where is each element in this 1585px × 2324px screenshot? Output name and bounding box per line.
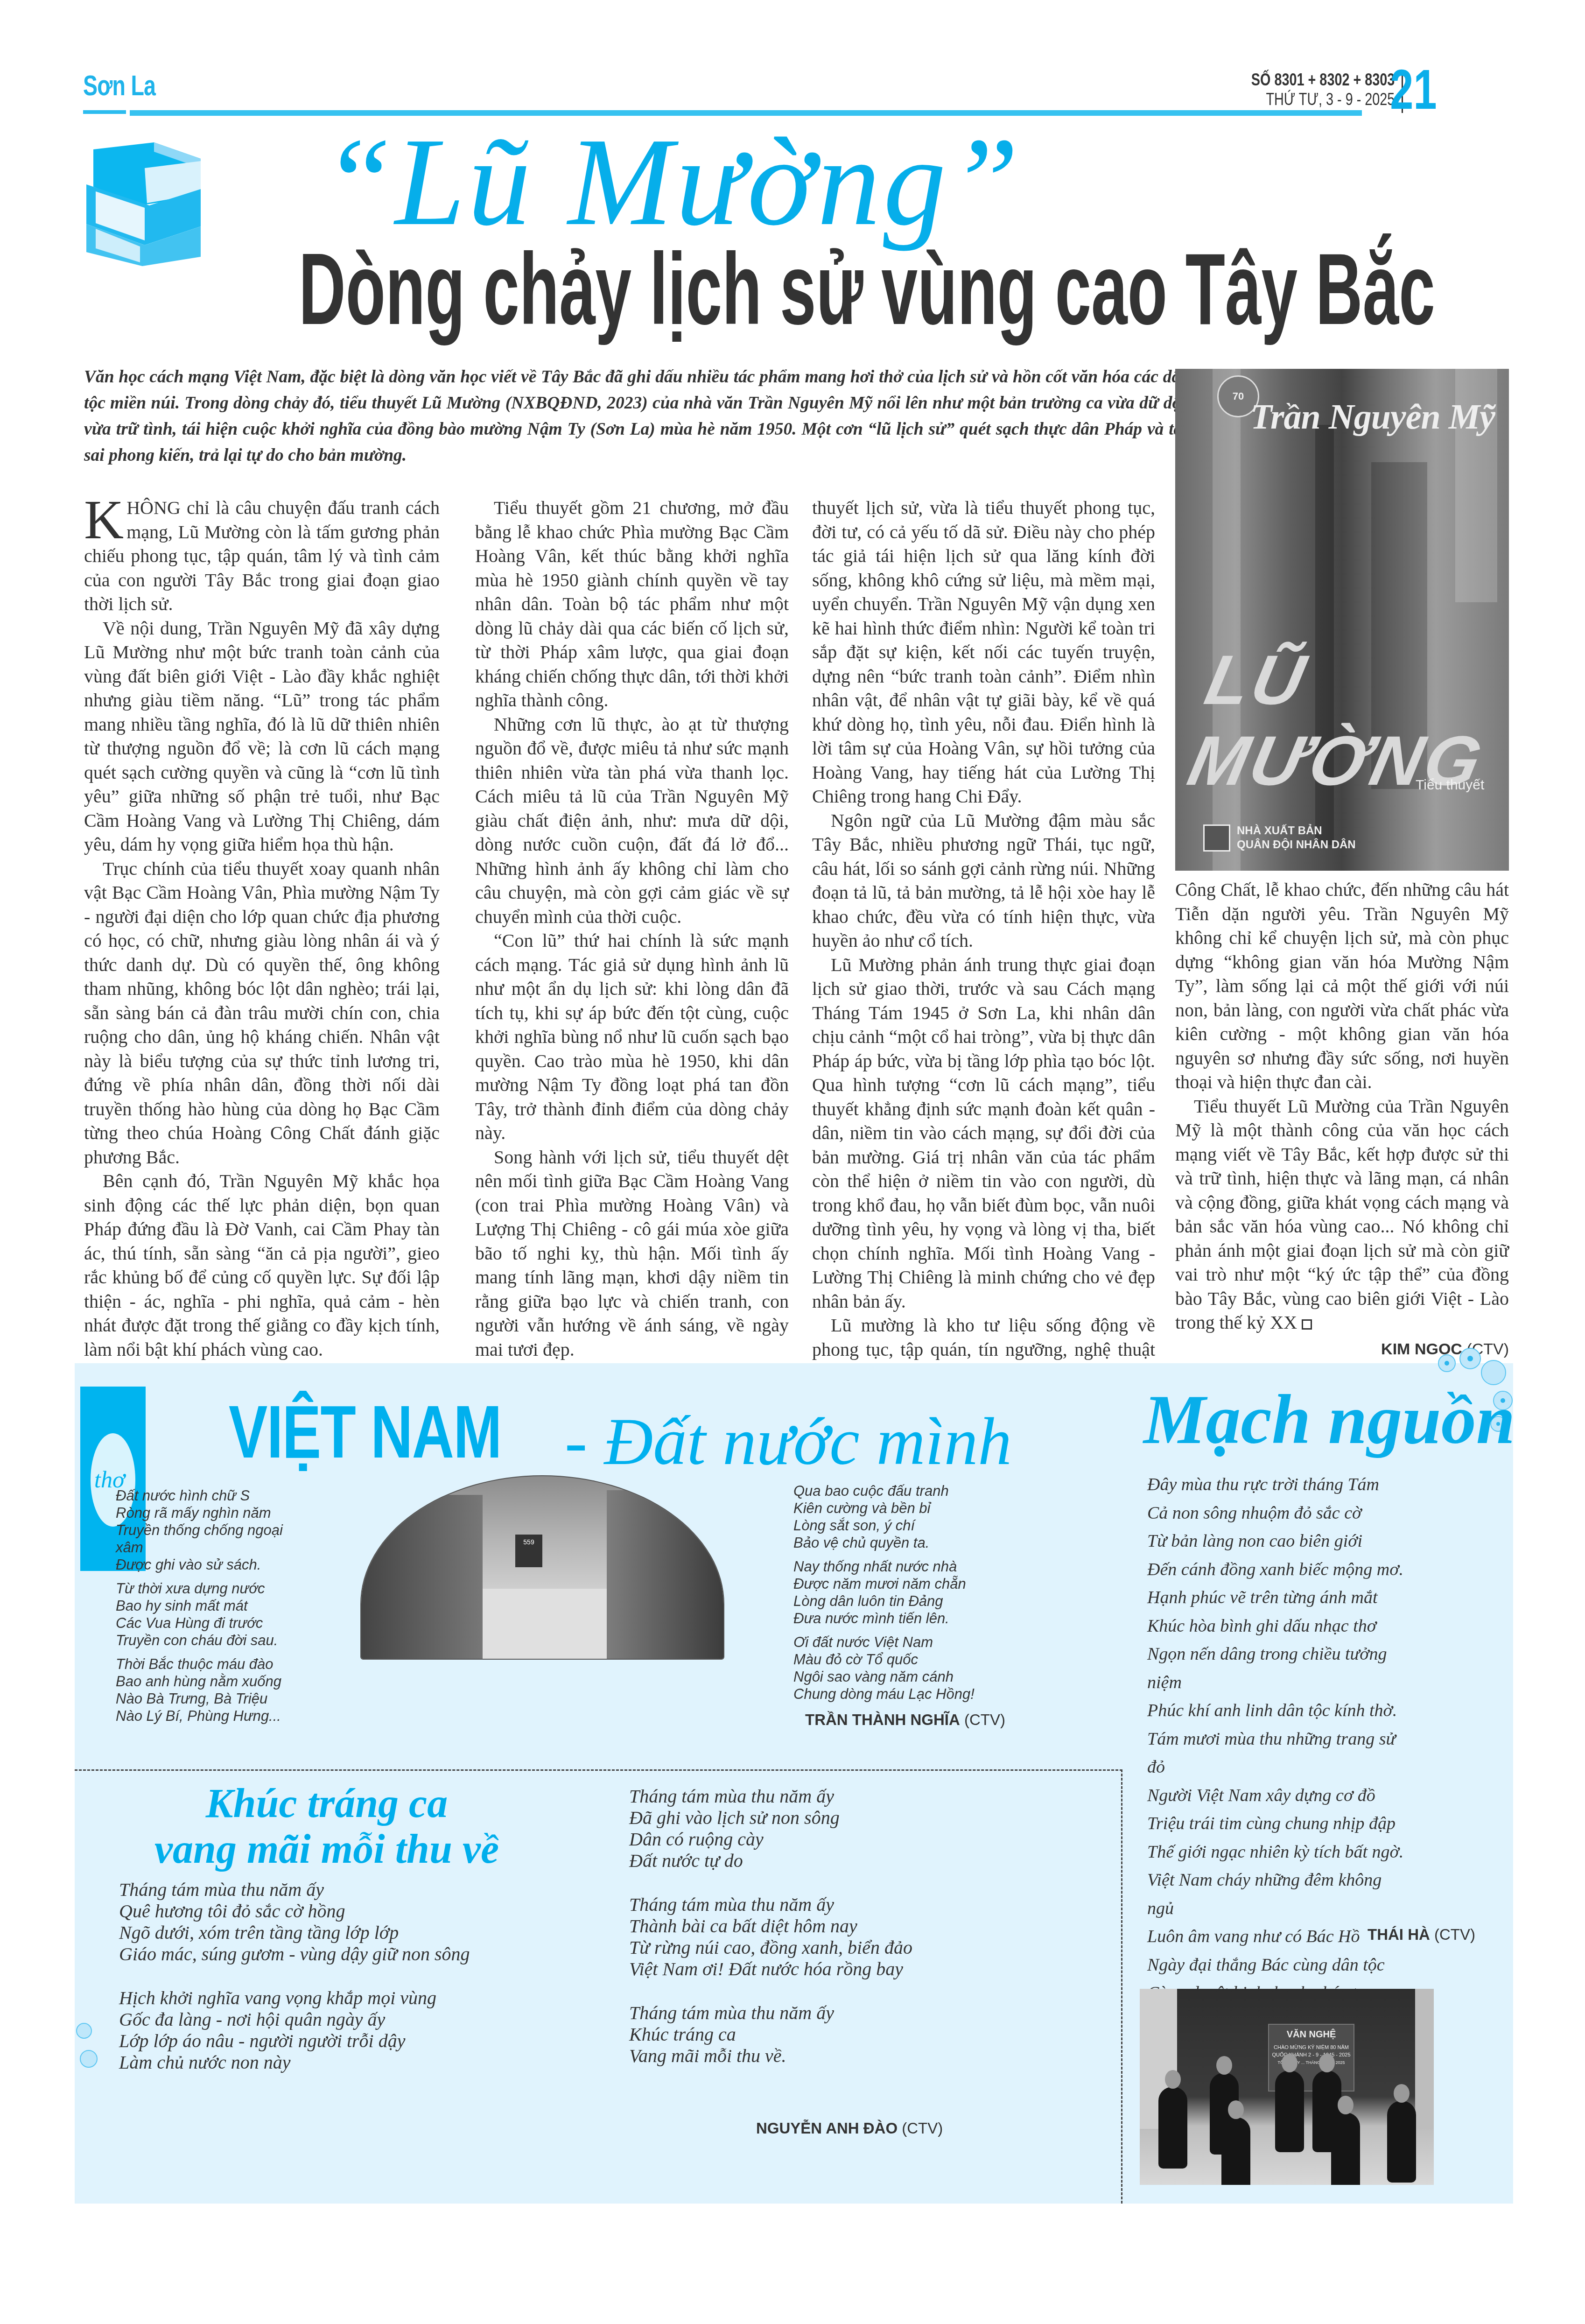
article-column-2: Tiểu thuyết gồm 21 chương, mở đầu bằng l… bbox=[475, 496, 789, 1482]
paragraph: Bên cạnh đó, Trần Nguyên Mỹ khắc họa sin… bbox=[84, 1169, 440, 1361]
stanza: Thời Bắc thuộc máu đàoBao anh hùng nằm x… bbox=[116, 1655, 312, 1725]
poem1-title-script: - Đất nước mình bbox=[565, 1403, 1012, 1480]
poem2-byline: NGUYỄN ANH ĐÀO (CTV) bbox=[756, 2120, 943, 2137]
article-column-4: Công Chất, lễ khao chức, đến những câu h… bbox=[1175, 878, 1509, 1361]
paragraph: Công Chất, lễ khao chức, đến những câu h… bbox=[1175, 878, 1509, 1094]
stanza: Từ thời xưa dựng nướcBao hy sinh mất mát… bbox=[116, 1580, 312, 1649]
stanza: Đất nước hình chữ SRòng rã mấy nghìn năm… bbox=[116, 1487, 312, 1573]
poem1-left-stanzas: Đất nước hình chữ SRòng rã mấy nghìn năm… bbox=[116, 1487, 312, 1731]
drop-cap: K bbox=[84, 498, 124, 542]
stanza: Hịch khởi nghĩa vang vọng khắp mọi vùngG… bbox=[119, 1987, 539, 2073]
paragraph: Những cơn lũ thực, ào ạt từ thượng nguồn… bbox=[475, 712, 789, 929]
poem3-byline: THÁI HÀ (CTV) bbox=[1368, 1926, 1475, 1944]
stanza: Tháng tám mùa thu năm ấyQuê hương tôi đỏ… bbox=[119, 1879, 539, 1965]
article-lede: Văn học cách mạng Việt Nam, đặc biệt là … bbox=[84, 364, 1190, 469]
paragraph: “Con lũ” thứ hai chính là sức mạnh cách … bbox=[475, 929, 789, 1145]
street-sign: 559 bbox=[515, 1535, 542, 1567]
poem1-title: VIỆT NAM - Đất nước mình bbox=[229, 1389, 578, 1475]
article-column-3: thuyết lịch sử, vừa là tiểu thuyết phong… bbox=[812, 496, 1155, 1386]
poem2-right-stanzas: Tháng tám mùa thu năm ấyĐã ghi vào lịch … bbox=[629, 1786, 1026, 2089]
flower-decoration-icon bbox=[70, 2012, 107, 2082]
cover-genre: Tiểu thuyết bbox=[1416, 777, 1484, 793]
stanza: Nay thống nhất nước nhàĐược năm mươi năm… bbox=[793, 1558, 1055, 1627]
stanza: Ơi đất nước Việt NamMàu đỏ cờ Tổ quốcNgô… bbox=[793, 1634, 1055, 1703]
stanza: Tháng tám mùa thu năm ấyKhúc tráng caVan… bbox=[629, 2002, 1026, 2067]
page-number: 21 bbox=[1390, 62, 1437, 118]
poetry-section: thơ VIỆT NAM - Đất nước mình Đất nước hì… bbox=[75, 1363, 1513, 2204]
publisher-logo-icon bbox=[1203, 824, 1230, 852]
issue-number: SỐ 8301 + 8302 + 8303 bbox=[1251, 70, 1395, 90]
paragraph: Song hành với lịch sử, tiểu thuyết dệt n… bbox=[475, 1145, 789, 1362]
stanza: Tháng tám mùa thu năm ấyThành bài ca bất… bbox=[629, 1894, 1026, 1980]
book-cover-image: 70 Trần Nguyên Mỹ LŨ MƯỜNG Tiểu thuyết N… bbox=[1175, 369, 1509, 871]
paragraph: Về nội dung, Trần Nguyên Mỹ đã xây dựng … bbox=[84, 616, 440, 857]
section-underline bbox=[83, 110, 126, 114]
section-name[interactable]: Sơn La bbox=[83, 69, 155, 102]
cover-author: Trần Nguyên Mỹ bbox=[1250, 397, 1495, 437]
cover-publisher: NHÀ XUẤT BẢN QUÂN ĐỘI NHÂN DÂN bbox=[1203, 824, 1356, 852]
end-mark-icon bbox=[1302, 1319, 1312, 1330]
poem1-right-stanzas: Qua bao cuộc đấu tranhKiên cường và bền … bbox=[793, 1482, 1055, 1709]
paragraph: Tiểu thuyết gồm 21 chương, mở đầu bằng l… bbox=[475, 496, 789, 712]
paragraph: Ngôn ngữ của Lũ Mường đậm màu sắc Tây Bắ… bbox=[812, 809, 1155, 953]
poem1-title-bold: VIỆT NAM bbox=[229, 1389, 501, 1475]
poem2-left-stanzas: Tháng tám mùa thu năm ấyQuê hương tôi đỏ… bbox=[119, 1879, 539, 2096]
article-title-script: “Lũ Mường” bbox=[322, 112, 1022, 252]
poem3-title: Mạch nguồn bbox=[1143, 1380, 1515, 1460]
paragraph: thuyết lịch sử, vừa là tiểu thuyết phong… bbox=[812, 496, 1155, 809]
poem1-byline: TRẦN THÀNH NGHĨA (CTV) bbox=[805, 1711, 1005, 1729]
publisher-line-1: NHÀ XUẤT BẢN bbox=[1237, 824, 1356, 838]
books-stack-icon bbox=[84, 140, 285, 266]
publisher-line-2: QUÂN ĐỘI NHÂN DÂN bbox=[1237, 838, 1356, 852]
issue-date: THỨ TƯ, 3 - 9 - 2025 bbox=[1251, 90, 1395, 109]
dance-performance-photo: VĂN NGHỆ CHÀO MỪNG KỶ NIỆM 80 NĂM QUỐC K… bbox=[1140, 1989, 1434, 2185]
paragraph: KHÔNG chỉ là câu chuyện đấu tranh cách m… bbox=[84, 496, 440, 616]
street-photo: 559 bbox=[360, 1475, 724, 1660]
article-column-1: KHÔNG chỉ là câu chuyện đấu tranh cách m… bbox=[84, 496, 440, 1361]
stanza: Qua bao cuộc đấu tranhKiên cường và bền … bbox=[793, 1482, 1055, 1551]
paragraph: Trục chính của tiểu thuyết xoay quanh nh… bbox=[84, 857, 440, 1169]
stanza: Tháng tám mùa thu năm ấyĐã ghi vào lịch … bbox=[629, 1786, 1026, 1872]
issue-info: SỐ 8301 + 8302 + 8303 THỨ TƯ, 3 - 9 - 20… bbox=[1215, 70, 1395, 109]
poem2-title: Khúc tráng ca vang mãi mỗi thu về bbox=[93, 1781, 560, 1873]
paragraph: Lũ Mường phản ánh trung thực giai đoạn l… bbox=[812, 953, 1155, 1314]
article-headline: Dòng chảy lịch sử vùng cao Tây Bắc bbox=[299, 236, 1435, 343]
paragraph: Tiểu thuyết Lũ Mường của Trần Nguyên Mỹ … bbox=[1175, 1094, 1509, 1335]
masthead: Sơn La SỐ 8301 + 8302 + 8303 THỨ TƯ, 3 -… bbox=[83, 65, 1502, 117]
poem3-lines: Đây mùa thu rực trời tháng TámCả non sôn… bbox=[1147, 1471, 1409, 2035]
